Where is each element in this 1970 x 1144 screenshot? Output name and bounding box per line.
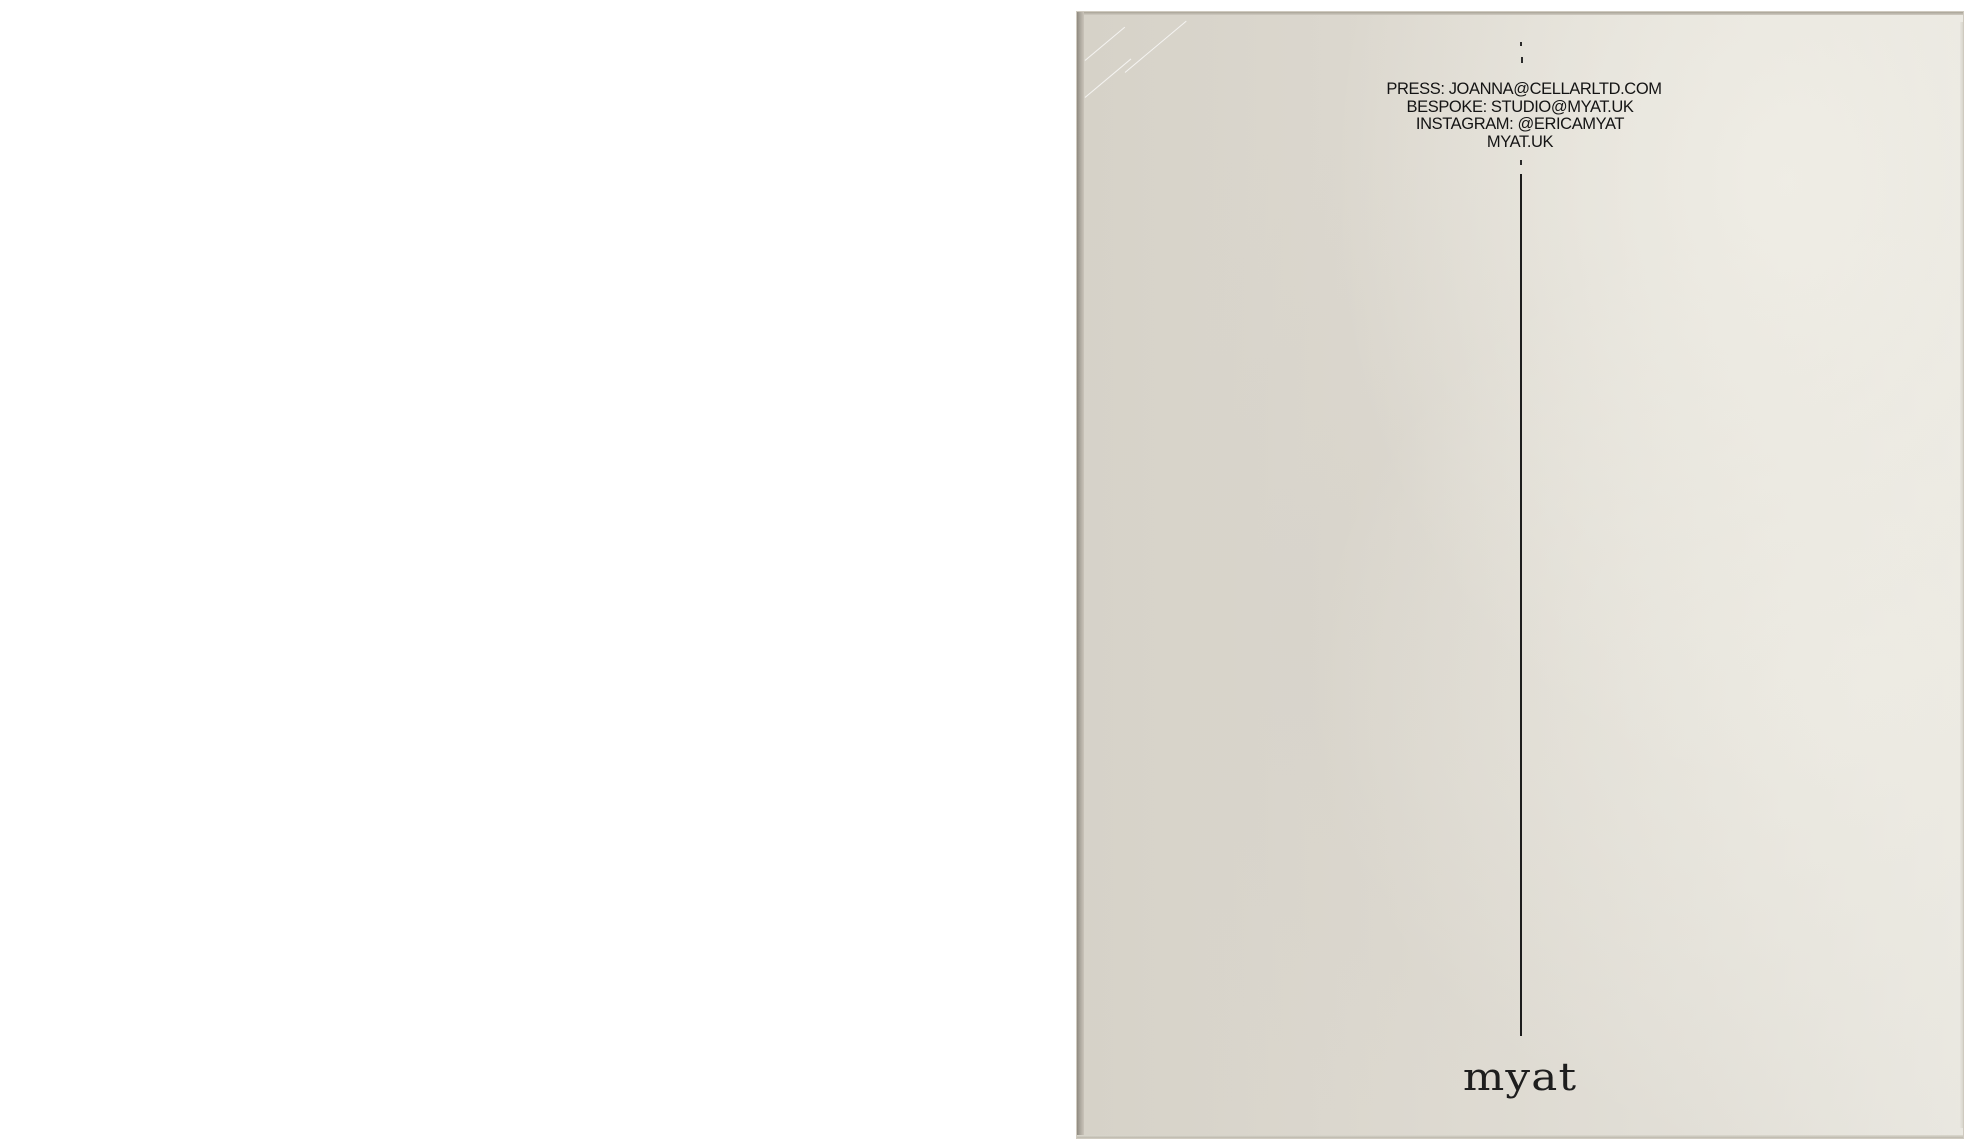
cover-spine-edge bbox=[1077, 12, 1084, 1138]
press-contact: PRESS: JOANNA@CELLARLTD.COM bbox=[1085, 81, 1963, 99]
surface-scratch bbox=[1125, 21, 1187, 73]
contact-details: PRESS: JOANNA@CELLARLTD.COM BESPOKE: STU… bbox=[1077, 81, 1963, 151]
magazine-back-cover: PRESS: JOANNA@CELLARLTD.COM BESPOKE: STU… bbox=[1077, 12, 1963, 1138]
rule-tick-mark bbox=[1521, 57, 1523, 63]
brand-logo: myat bbox=[1011, 1055, 1970, 1099]
rule-tick-mark bbox=[1520, 42, 1522, 46]
instagram-contact: INSTAGRAM: @ERICAMYAT bbox=[1077, 116, 1963, 134]
cover-bottom-edge bbox=[1077, 1135, 1963, 1138]
bespoke-contact: BESPOKE: STUDIO@MYAT.UK bbox=[1077, 99, 1963, 117]
cover-right-edge bbox=[1960, 22, 1963, 1128]
rule-tick-mark bbox=[1520, 160, 1522, 165]
vertical-center-rule bbox=[1520, 174, 1522, 1036]
surface-scratch bbox=[1085, 27, 1125, 61]
website-contact: MYAT.UK bbox=[1077, 134, 1963, 152]
cover-top-edge bbox=[1077, 12, 1963, 15]
